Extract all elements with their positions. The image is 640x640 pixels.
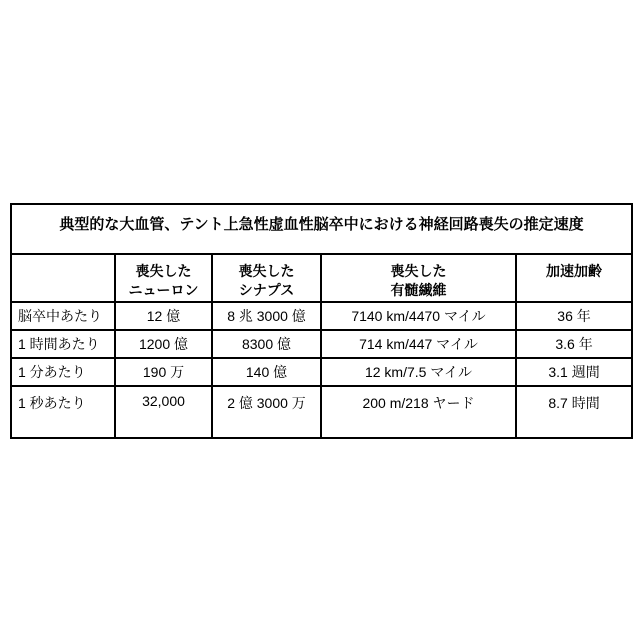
header-line-1: 喪失した [117,262,210,281]
cell-synapses: 8300 億 [212,330,321,358]
cell-synapses: 2 億 3000 万 [212,386,321,438]
cell-synapses: 140 億 [212,358,321,386]
cell-aging: 3.1 週間 [516,358,632,386]
cell-aging: 36 年 [516,302,632,330]
row-label: 1 秒あたり [11,386,115,438]
neural-loss-table: 典型的な大血管、テント上急性虚血性脳卒中における神経回路喪失の推定速度 喪失した… [10,203,633,439]
cell-neurons: 32,000 [115,386,212,438]
cell-aging: 8.7 時間 [516,386,632,438]
cell-synapses: 8 兆 3000 億 [212,302,321,330]
header-line-1: 喪失した [323,262,514,281]
row-label: 1 分あたり [11,358,115,386]
table-title: 典型的な大血管、テント上急性虚血性脳卒中における神経回路喪失の推定速度 [11,204,632,254]
cell-fibers: 7140 km/4470 マイル [321,302,516,330]
cell-fibers: 714 km/447 マイル [321,330,516,358]
page: 典型的な大血管、テント上急性虚血性脳卒中における神経回路喪失の推定速度 喪失した… [0,0,640,640]
cell-neurons: 1200 億 [115,330,212,358]
cell-fibers: 200 m/218 ヤード [321,386,516,438]
header-line-2: シナプス [214,281,319,300]
header-line-1: 加速加齢 [518,262,630,281]
header-line-2: 有髄繊維 [323,281,514,300]
title-row: 典型的な大血管、テント上急性虚血性脳卒中における神経回路喪失の推定速度 [11,204,632,254]
header-line-1: 喪失した [214,262,319,281]
table-row-per-second: 1 秒あたり 32,000 2 億 3000 万 200 m/218 ヤード 8… [11,386,632,438]
row-label: 脳卒中あたり [11,302,115,330]
cell-aging: 3.6 年 [516,330,632,358]
cell-fibers: 12 km/7.5 マイル [321,358,516,386]
column-header-neurons: 喪失した ニューロン [115,254,212,302]
row-label: 1 時間あたり [11,330,115,358]
cell-neurons: 190 万 [115,358,212,386]
column-header-aging: 加速加齢 [516,254,632,302]
table-row-per-minute: 1 分あたり 190 万 140 億 12 km/7.5 マイル 3.1 週間 [11,358,632,386]
table-row-per-hour: 1 時間あたり 1200 億 8300 億 714 km/447 マイル 3.6… [11,330,632,358]
cell-neurons: 12 億 [115,302,212,330]
corner-cell [11,254,115,302]
column-header-synapses: 喪失した シナプス [212,254,321,302]
header-row: 喪失した ニューロン 喪失した シナプス 喪失した 有髄繊維 加速加齢 [11,254,632,302]
header-line-2: ニューロン [117,281,210,300]
table-row-per-stroke: 脳卒中あたり 12 億 8 兆 3000 億 7140 km/4470 マイル … [11,302,632,330]
column-header-fibers: 喪失した 有髄繊維 [321,254,516,302]
